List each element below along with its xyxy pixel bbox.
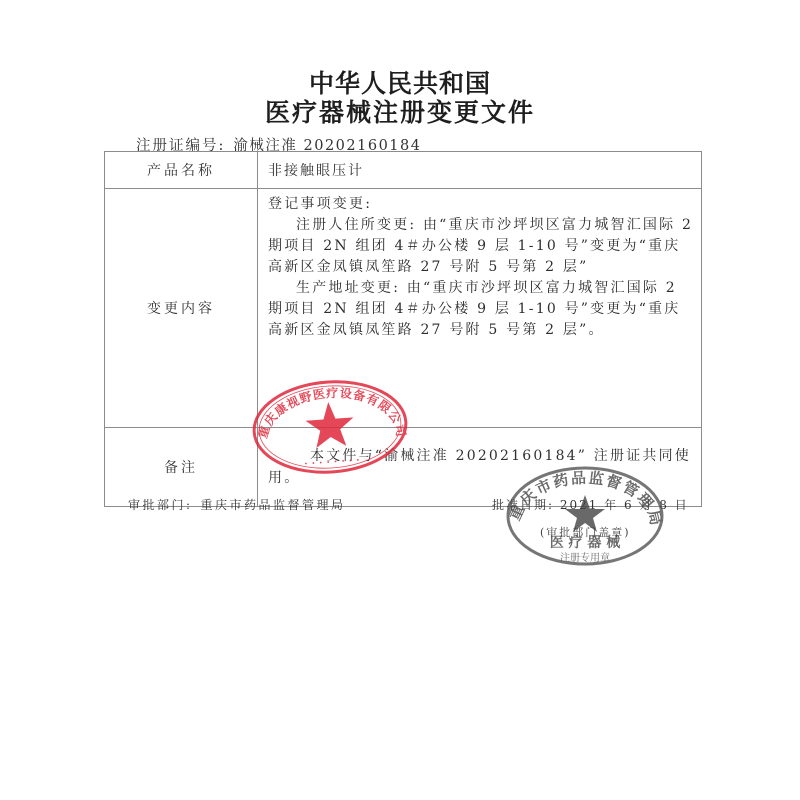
approval-seal-stamp: 重庆市药品监督管理局 医 疗 器 械 注册专用章 xyxy=(505,465,665,567)
company-seal-stamp: 重庆康视野医疗设备有限公司 • • • • • • • • xyxy=(247,373,413,482)
product-name-label: 产品名称 xyxy=(105,152,258,189)
star-icon xyxy=(565,495,605,532)
change-residence: 注册人住所变更: 由“重庆市沙坪坝区富力城智汇国际 2 期项目 2N 组团 4＃… xyxy=(268,215,694,278)
change-heading: 登记事项变更: xyxy=(268,194,694,215)
approval-seal-bottom-text: 注册专用章 xyxy=(560,551,610,564)
change-content-label: 变更内容 xyxy=(105,189,258,428)
approval-seal-middle-text: 医 疗 器 械 xyxy=(550,534,622,551)
document-title: 医疗器械注册变更文件 xyxy=(0,93,800,129)
product-name-value: 非接触眼压计 xyxy=(258,152,702,189)
svg-text:• • • • • • • •: • • • • • • • • xyxy=(304,457,361,468)
remarks-label: 备注 xyxy=(105,428,258,507)
approval-department-value: 重庆市药品监督管理局 xyxy=(201,498,346,512)
approval-department-label: 审批部门: xyxy=(128,498,193,512)
approval-department: 审批部门:重庆市药品监督管理局 xyxy=(128,496,346,513)
table-row-product-name: 产品名称 非接触眼压计 xyxy=(105,152,702,189)
change-production-address: 生产地址变更: 由“重庆市沙坪坝区富力城智汇国际 2 期项目 2N 组团 4＃办… xyxy=(268,278,694,341)
star-icon xyxy=(304,400,355,448)
